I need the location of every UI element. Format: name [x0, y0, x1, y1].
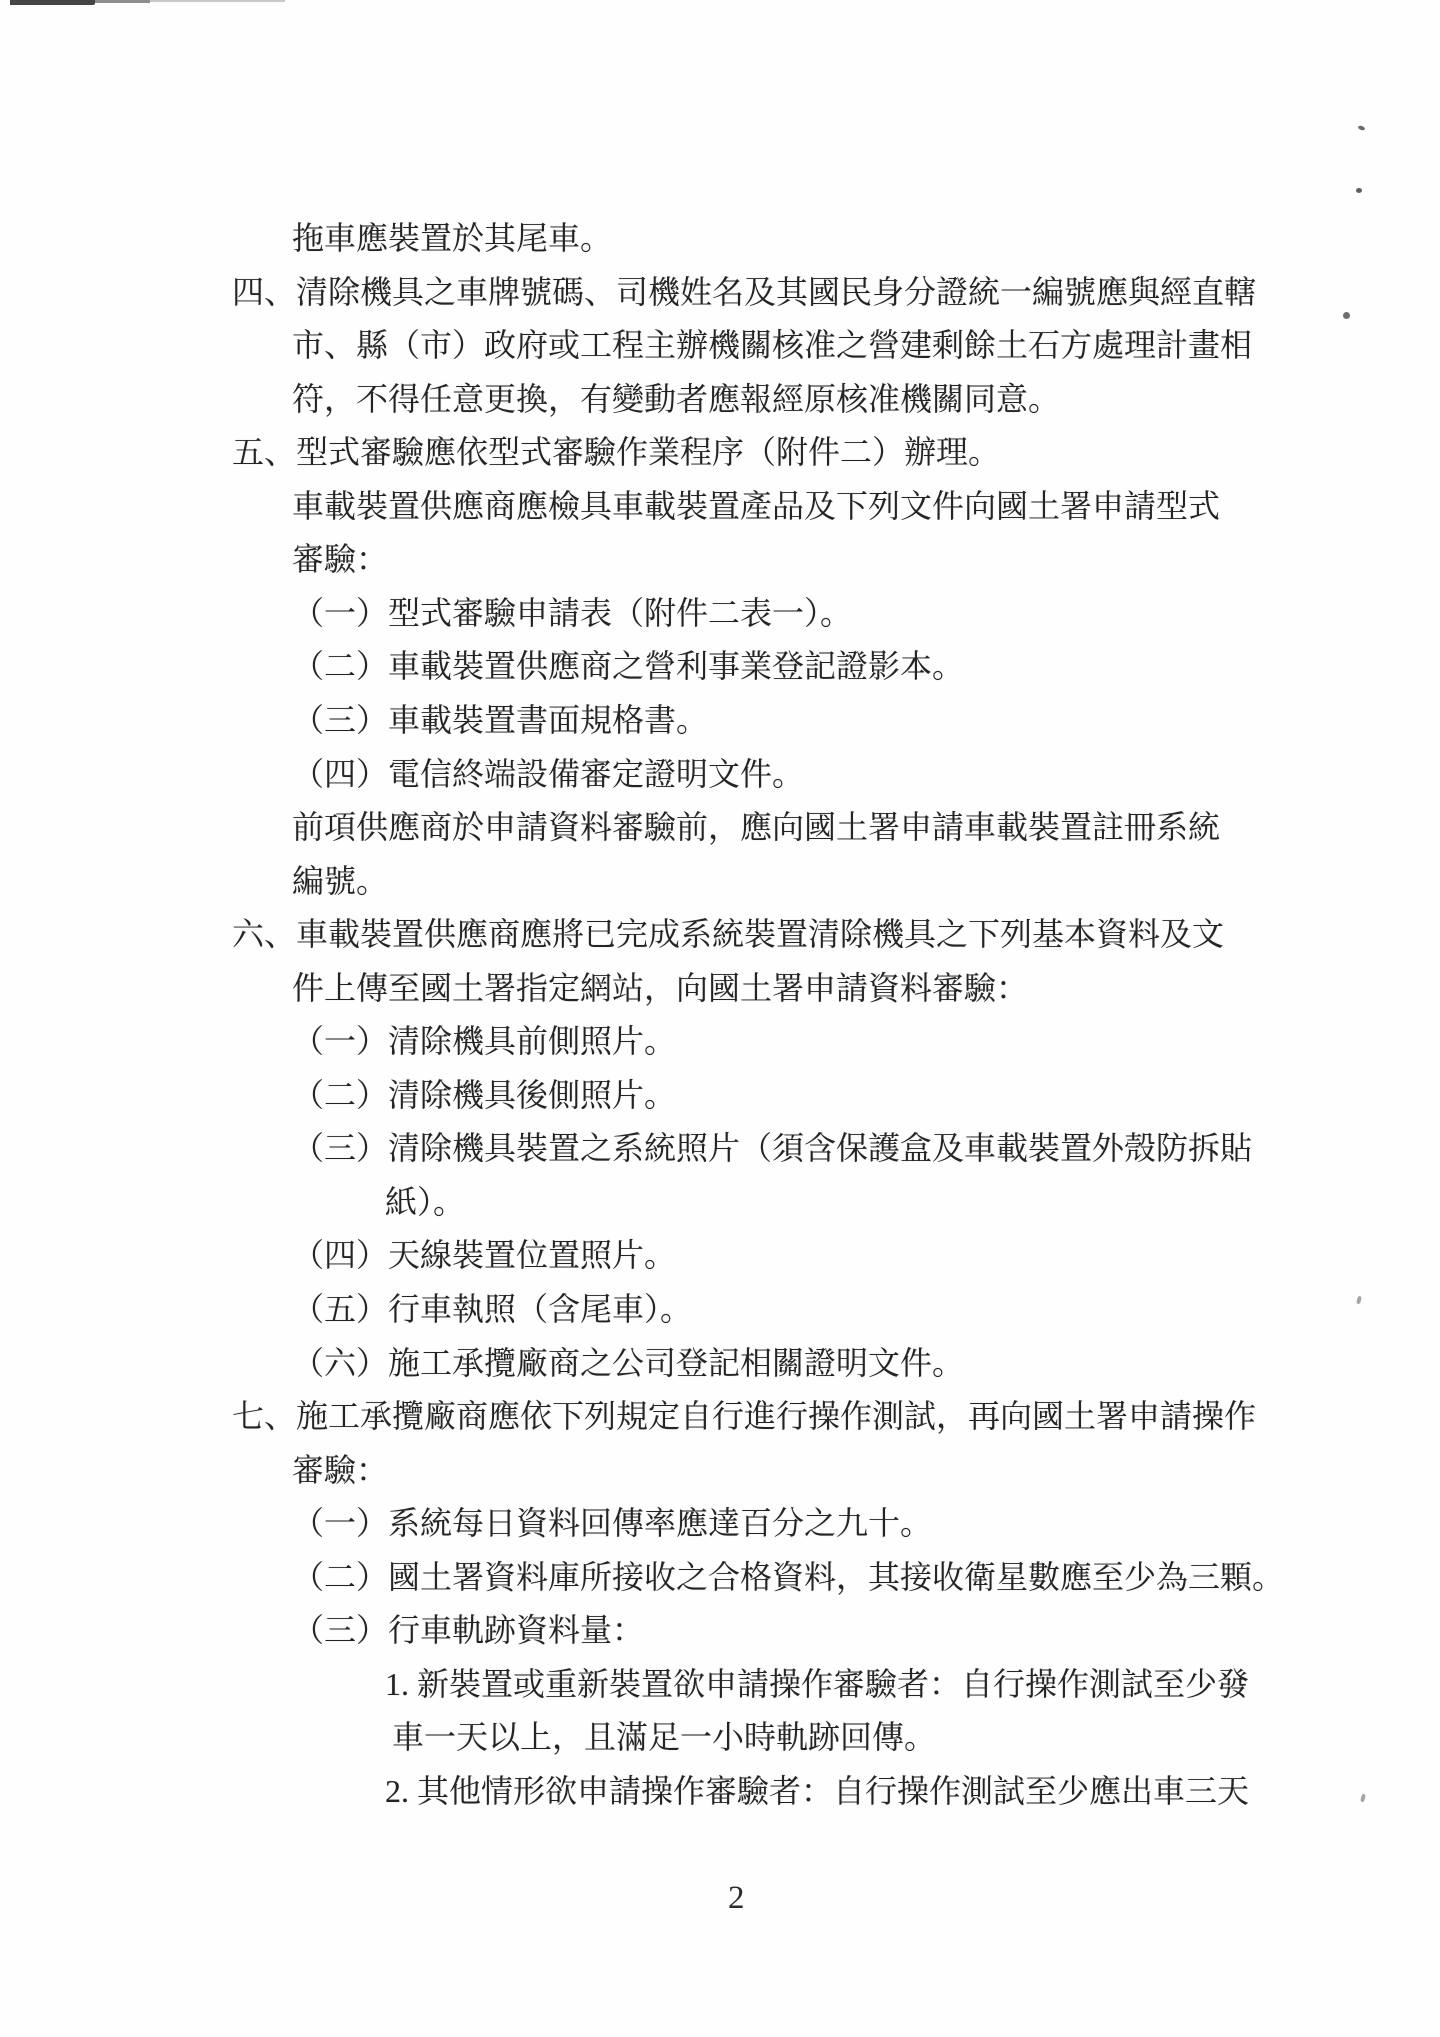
text-line: 拖車應裝置於其尾車。	[292, 218, 612, 258]
page-number: 2	[728, 1880, 745, 1917]
text-line: （六）施工承攬廠商之公司登記相關證明文件。	[292, 1343, 964, 1383]
text-line: （一）系統每日資料回傳率應達百分之九十。	[292, 1503, 932, 1543]
text-line: （五）行車執照（含尾車）。	[292, 1289, 692, 1329]
text-line: （一）清除機具前側照片。	[292, 1021, 676, 1061]
text-line: 七、施工承攬廠商應依下列規定自行進行操作測試，再向國土署申請操作	[232, 1396, 1256, 1436]
text-line: （三）清除機具裝置之系統照片（須含保護盒及車載裝置外殼防拆貼	[292, 1128, 1252, 1168]
scan-speck	[1358, 125, 1366, 131]
text-line: 編號。	[292, 861, 388, 901]
document-page: 拖車應裝置於其尾車。四、清除機具之車牌號碼、司機姓名及其國民身分證統一編號應與經…	[0, 0, 1440, 2037]
text-line: 審驗：	[292, 539, 388, 579]
text-line: 車一天以上，且滿足一小時軌跡回傳。	[392, 1717, 936, 1757]
text-line: 審驗：	[292, 1450, 388, 1490]
text-line: 2. 其他情形欲申請操作審驗者：自行操作測試至少應出車三天	[385, 1771, 1249, 1811]
text-line: 車載裝置供應商應檢具車載裝置產品及下列文件向國土署申請型式	[292, 486, 1220, 526]
text-line: 紙）。	[385, 1182, 465, 1222]
text-line: （三）車載裝置書面規格書。	[292, 700, 708, 740]
text-line: 四、清除機具之車牌號碼、司機姓名及其國民身分證統一編號應與經直轄	[232, 272, 1256, 312]
text-line: 前項供應商於申請資料審驗前，應向國土署申請車載裝置註冊系統	[292, 807, 1220, 847]
text-line: （二）清除機具後側照片。	[292, 1075, 676, 1115]
text-line: 市、縣（市）政府或工程主辦機關核准之營建剩餘土石方處理計畫相	[292, 325, 1252, 365]
text-line: （二）國土署資料庫所接收之合格資料，其接收衛星數應至少為三顆。	[292, 1557, 1284, 1597]
text-line: （二）車載裝置供應商之營利事業登記證影本。	[292, 646, 964, 686]
text-line: 五、型式審驗應依型式審驗作業程序（附件二）辦理。	[232, 432, 1000, 472]
text-line: （一）型式審驗申請表（附件二表一）。	[292, 593, 852, 633]
scan-speck	[1356, 1296, 1362, 1305]
text-line: （四）電信終端設備審定證明文件。	[292, 754, 804, 794]
scan-artifact-topleft-dark	[10, 0, 95, 5]
text-line: 六、車載裝置供應商應將已完成系統裝置清除機具之下列基本資料及文	[232, 914, 1224, 954]
scan-speck	[1360, 1794, 1366, 1803]
text-line: （三）行車軌跡資料量：	[292, 1610, 644, 1650]
scan-speck	[1356, 188, 1362, 193]
text-line: 件上傳至國土署指定網站，向國土署申請資料審驗：	[292, 968, 1028, 1008]
scan-artifact-topleft-mid	[95, 0, 150, 3]
scan-artifact-topleft-light	[150, 0, 285, 2]
text-line: 1. 新裝置或重新裝置欲申請操作審驗者：自行操作測試至少發	[385, 1664, 1249, 1704]
text-line: （四）天線裝置位置照片。	[292, 1235, 676, 1275]
scan-speck	[1343, 312, 1350, 319]
text-line: 符，不得任意更換，有變動者應報經原核准機關同意。	[292, 379, 1060, 419]
